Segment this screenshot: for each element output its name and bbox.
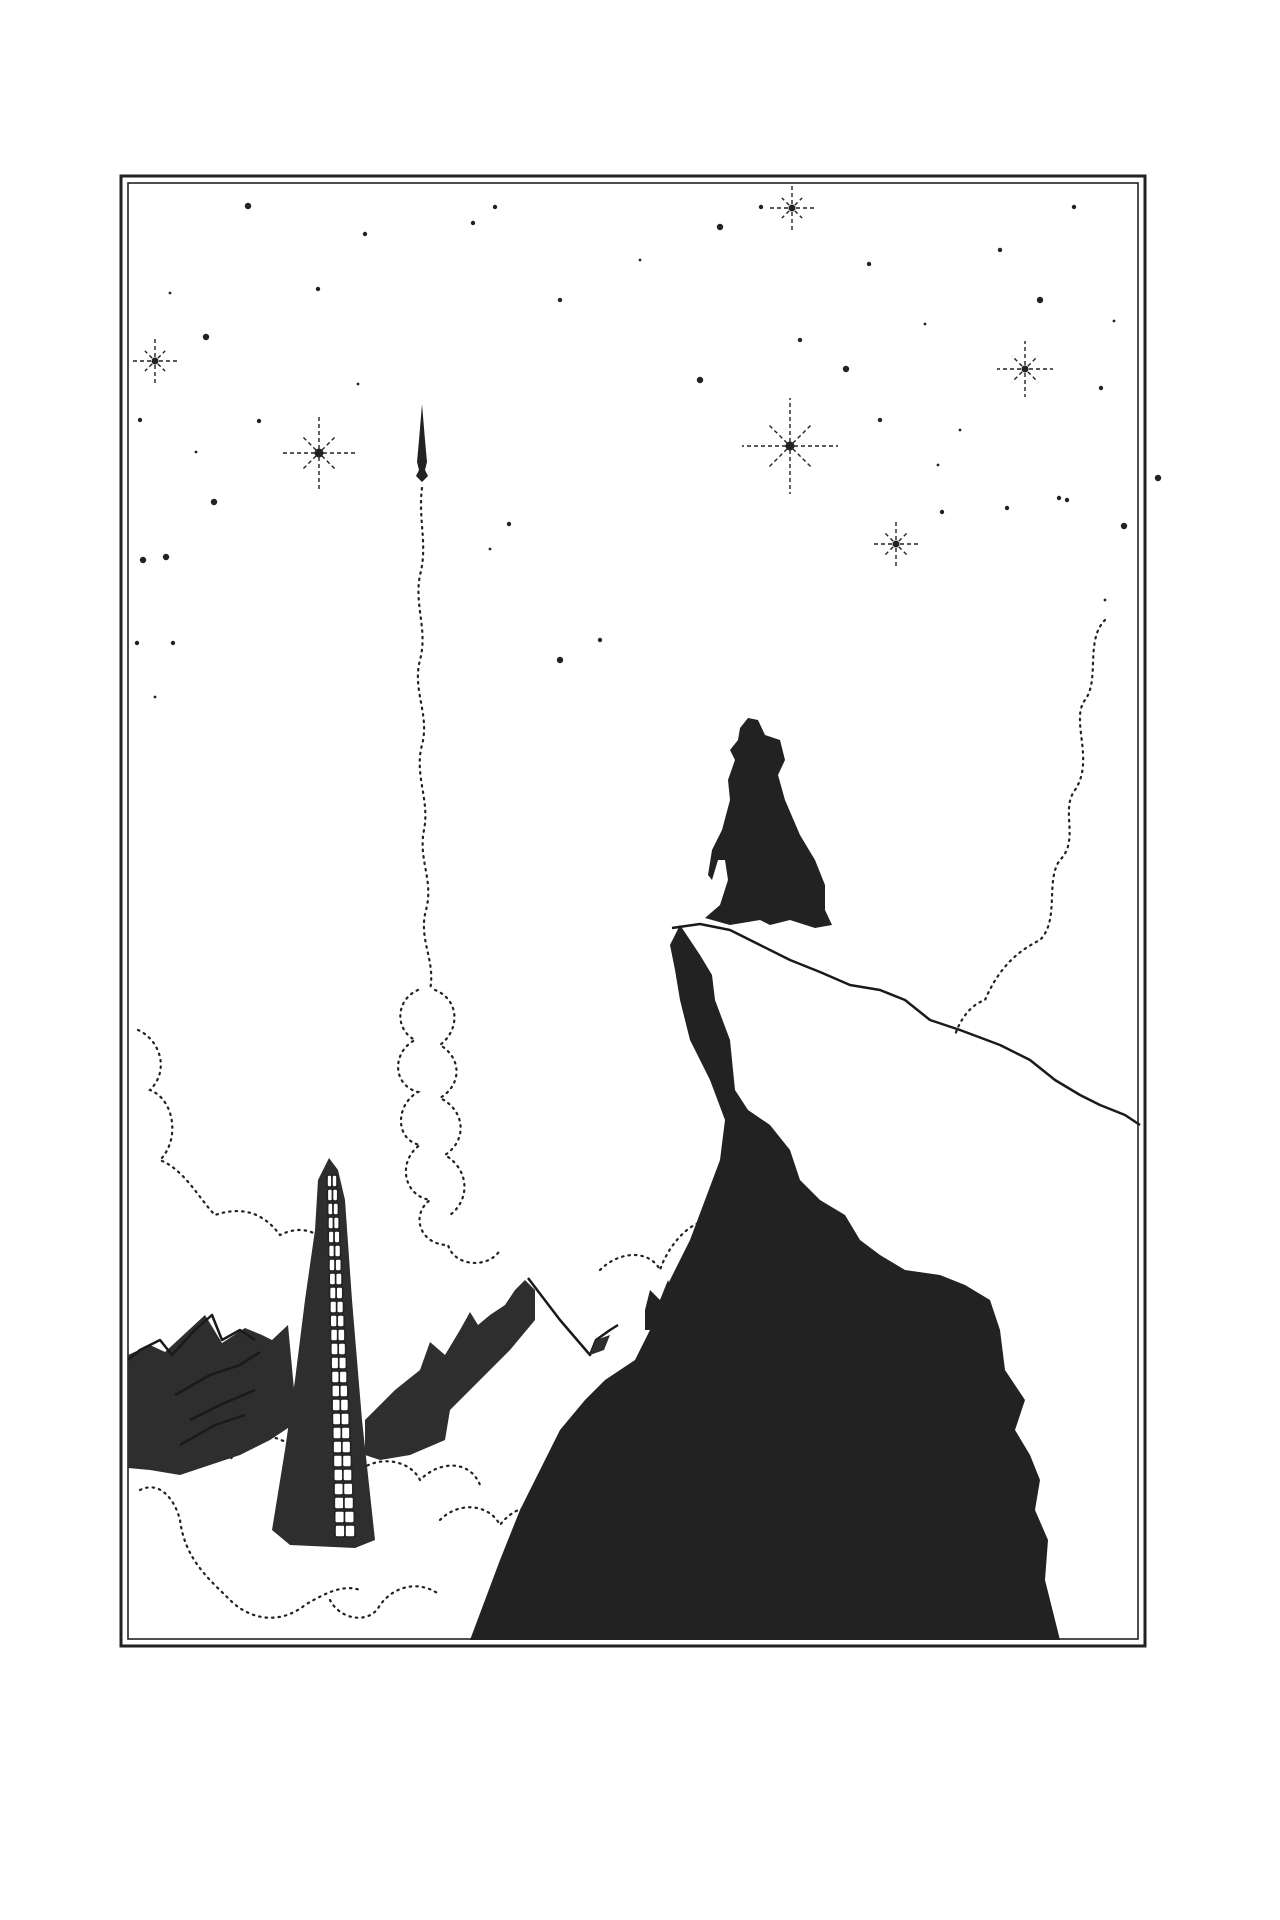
- cliff: [470, 924, 1140, 1640]
- sparkle-stars: [133, 186, 1053, 568]
- mountain-range: [128, 1278, 618, 1475]
- wolf-silhouette: [705, 718, 832, 928]
- star-field: [135, 203, 1161, 699]
- rocket-icon: [416, 404, 431, 990]
- illustration-canvas: [0, 0, 1280, 1920]
